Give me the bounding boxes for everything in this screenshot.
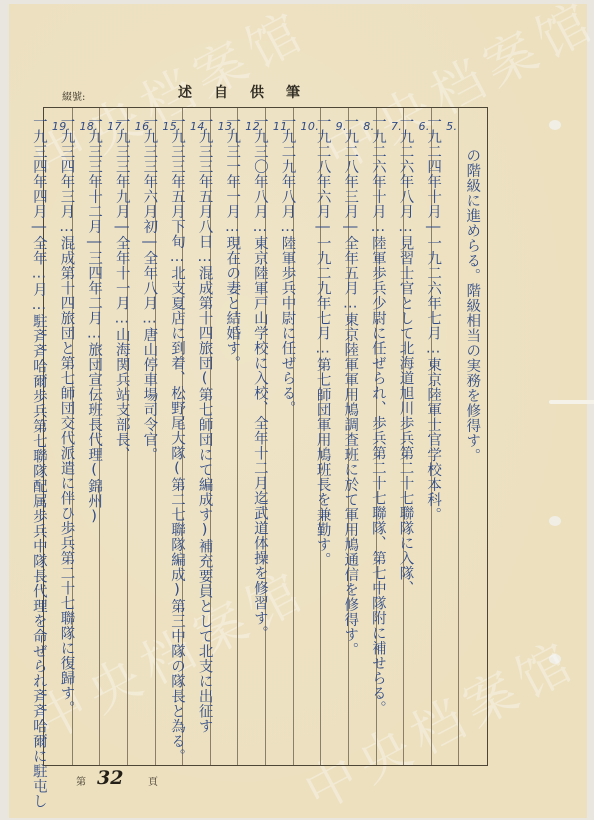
entry-number: 8. <box>363 114 375 140</box>
entry-number: 18. <box>79 114 98 140</box>
entry-column: 5.一九二四年十月―一九二六年七月…東京陸軍士官学校本科。 <box>432 114 458 522</box>
entry-column: 18.一九三四年三月…混成第十四旅団と第七師団交代派遣に伴ひ歩兵第二十七聯隊に復… <box>72 114 98 716</box>
entry-number: 16. <box>135 114 154 140</box>
entry-column: 11.一九三〇年八月…東京陸軍戸山学校に入校、全年十二月迄武道体操を修習す。 <box>266 114 292 641</box>
entry-column: 15.一九三三年六月初―全年八月…唐山停車場司令官。 <box>155 114 181 462</box>
entry-number: 5. <box>446 114 458 140</box>
entry-number: 6. <box>418 114 430 140</box>
entry-number: 13. <box>218 114 237 140</box>
entry-column: 12.一九三一年一月…現在の妻と結婚す。 <box>238 114 264 371</box>
form-title: 述自供筆 <box>178 82 322 102</box>
entry-number: 14. <box>190 114 209 140</box>
entry-number: 19. <box>52 114 71 140</box>
entry-number: 7. <box>391 114 403 140</box>
entry-number: 12. <box>245 114 264 140</box>
entry-column: の階級に進めらる。階級相当の実務を修得す。 <box>459 148 485 463</box>
entry-column: 10.一九二九年八月…陸軍歩兵中尉に任ぜらる。 <box>293 114 319 416</box>
punch-hole <box>549 654 561 664</box>
entry-column: 6.一九二六年八月…見習士官として北海道旭川歩兵第二十七聯隊に入隊、 <box>404 114 430 596</box>
paper-crease <box>549 400 594 404</box>
entry-column: 14.一九三三年五月下旬…北支夏店に到着、松野尾大隊(第二七聯隊編成)第三中隊の… <box>183 114 209 764</box>
entry-column: 9.一九二八年六月―一九二九年七月…第七師団軍用鳩班長を兼勤す。 <box>321 114 347 567</box>
file-number-label: 綴號: <box>62 88 85 103</box>
entry-number: 9. <box>336 114 348 140</box>
entry-text: 一九三四年四月―全年…月…駐斉斉哈爾歩兵第七聯隊配属歩兵中隊長代理を命ぜられ斉斉… <box>31 114 47 809</box>
punch-hole <box>549 516 561 526</box>
page-prefix: 第 <box>76 773 86 788</box>
entry-number: 15. <box>162 114 181 140</box>
punch-hole <box>549 120 561 130</box>
entry-column: 8.一九二八年三月―全年五月…東京陸軍軍用鳩調査班に於て軍用鳩通信を修得す。 <box>349 114 375 657</box>
entry-column: 19.一九三四年四月―全年…月…駐斉斉哈爾歩兵第七聯隊配属歩兵中隊長代理を命ぜら… <box>45 114 71 809</box>
entry-column: 16.一九三三年九月―全年十一月…山海関兵站支部長、 <box>128 114 154 462</box>
entry-grid: の階級に進めらる。階級相当の実務を修得す。5.一九二四年十月―一九二六年七月…東… <box>43 107 488 766</box>
page-number: 32 <box>97 767 123 789</box>
entry-number: 10. <box>300 114 319 140</box>
entry-column: 17.一九三三年十二月―三四年二月…旅団宣伝班長代理(錦州) <box>100 114 126 525</box>
entry-number: 17. <box>107 114 126 140</box>
entry-text: の階級に進めらる。階級相当の実務を修得す。 <box>464 148 480 463</box>
entry-column: 7.一九二六年十月…陸軍歩兵少尉に任ぜられ、歩兵第二十七聯隊、第七中隊附に補せら… <box>376 114 402 716</box>
entry-column: 13.一九三三年五月八日…混成第十四旅団(第七師団にて編成す)補充要員として北支… <box>211 114 237 734</box>
page-suffix: 頁 <box>148 773 158 788</box>
entry-number: 11. <box>273 114 292 140</box>
